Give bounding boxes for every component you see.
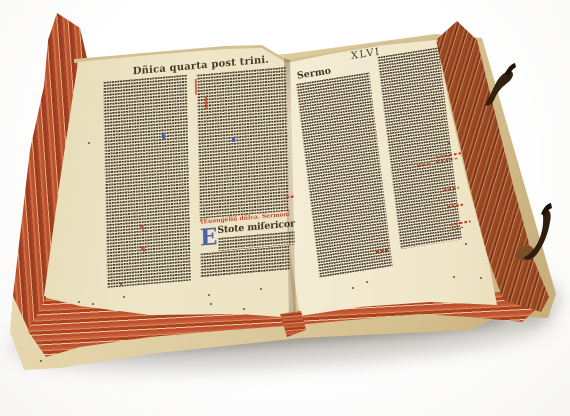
clasp-overlay <box>0 0 570 416</box>
leather-clasp-top <box>485 63 516 105</box>
leather-clasp-bottom <box>516 203 553 261</box>
book-photo: Dñica quarta post trini. ¶Euangeliū dñic… <box>0 0 570 416</box>
